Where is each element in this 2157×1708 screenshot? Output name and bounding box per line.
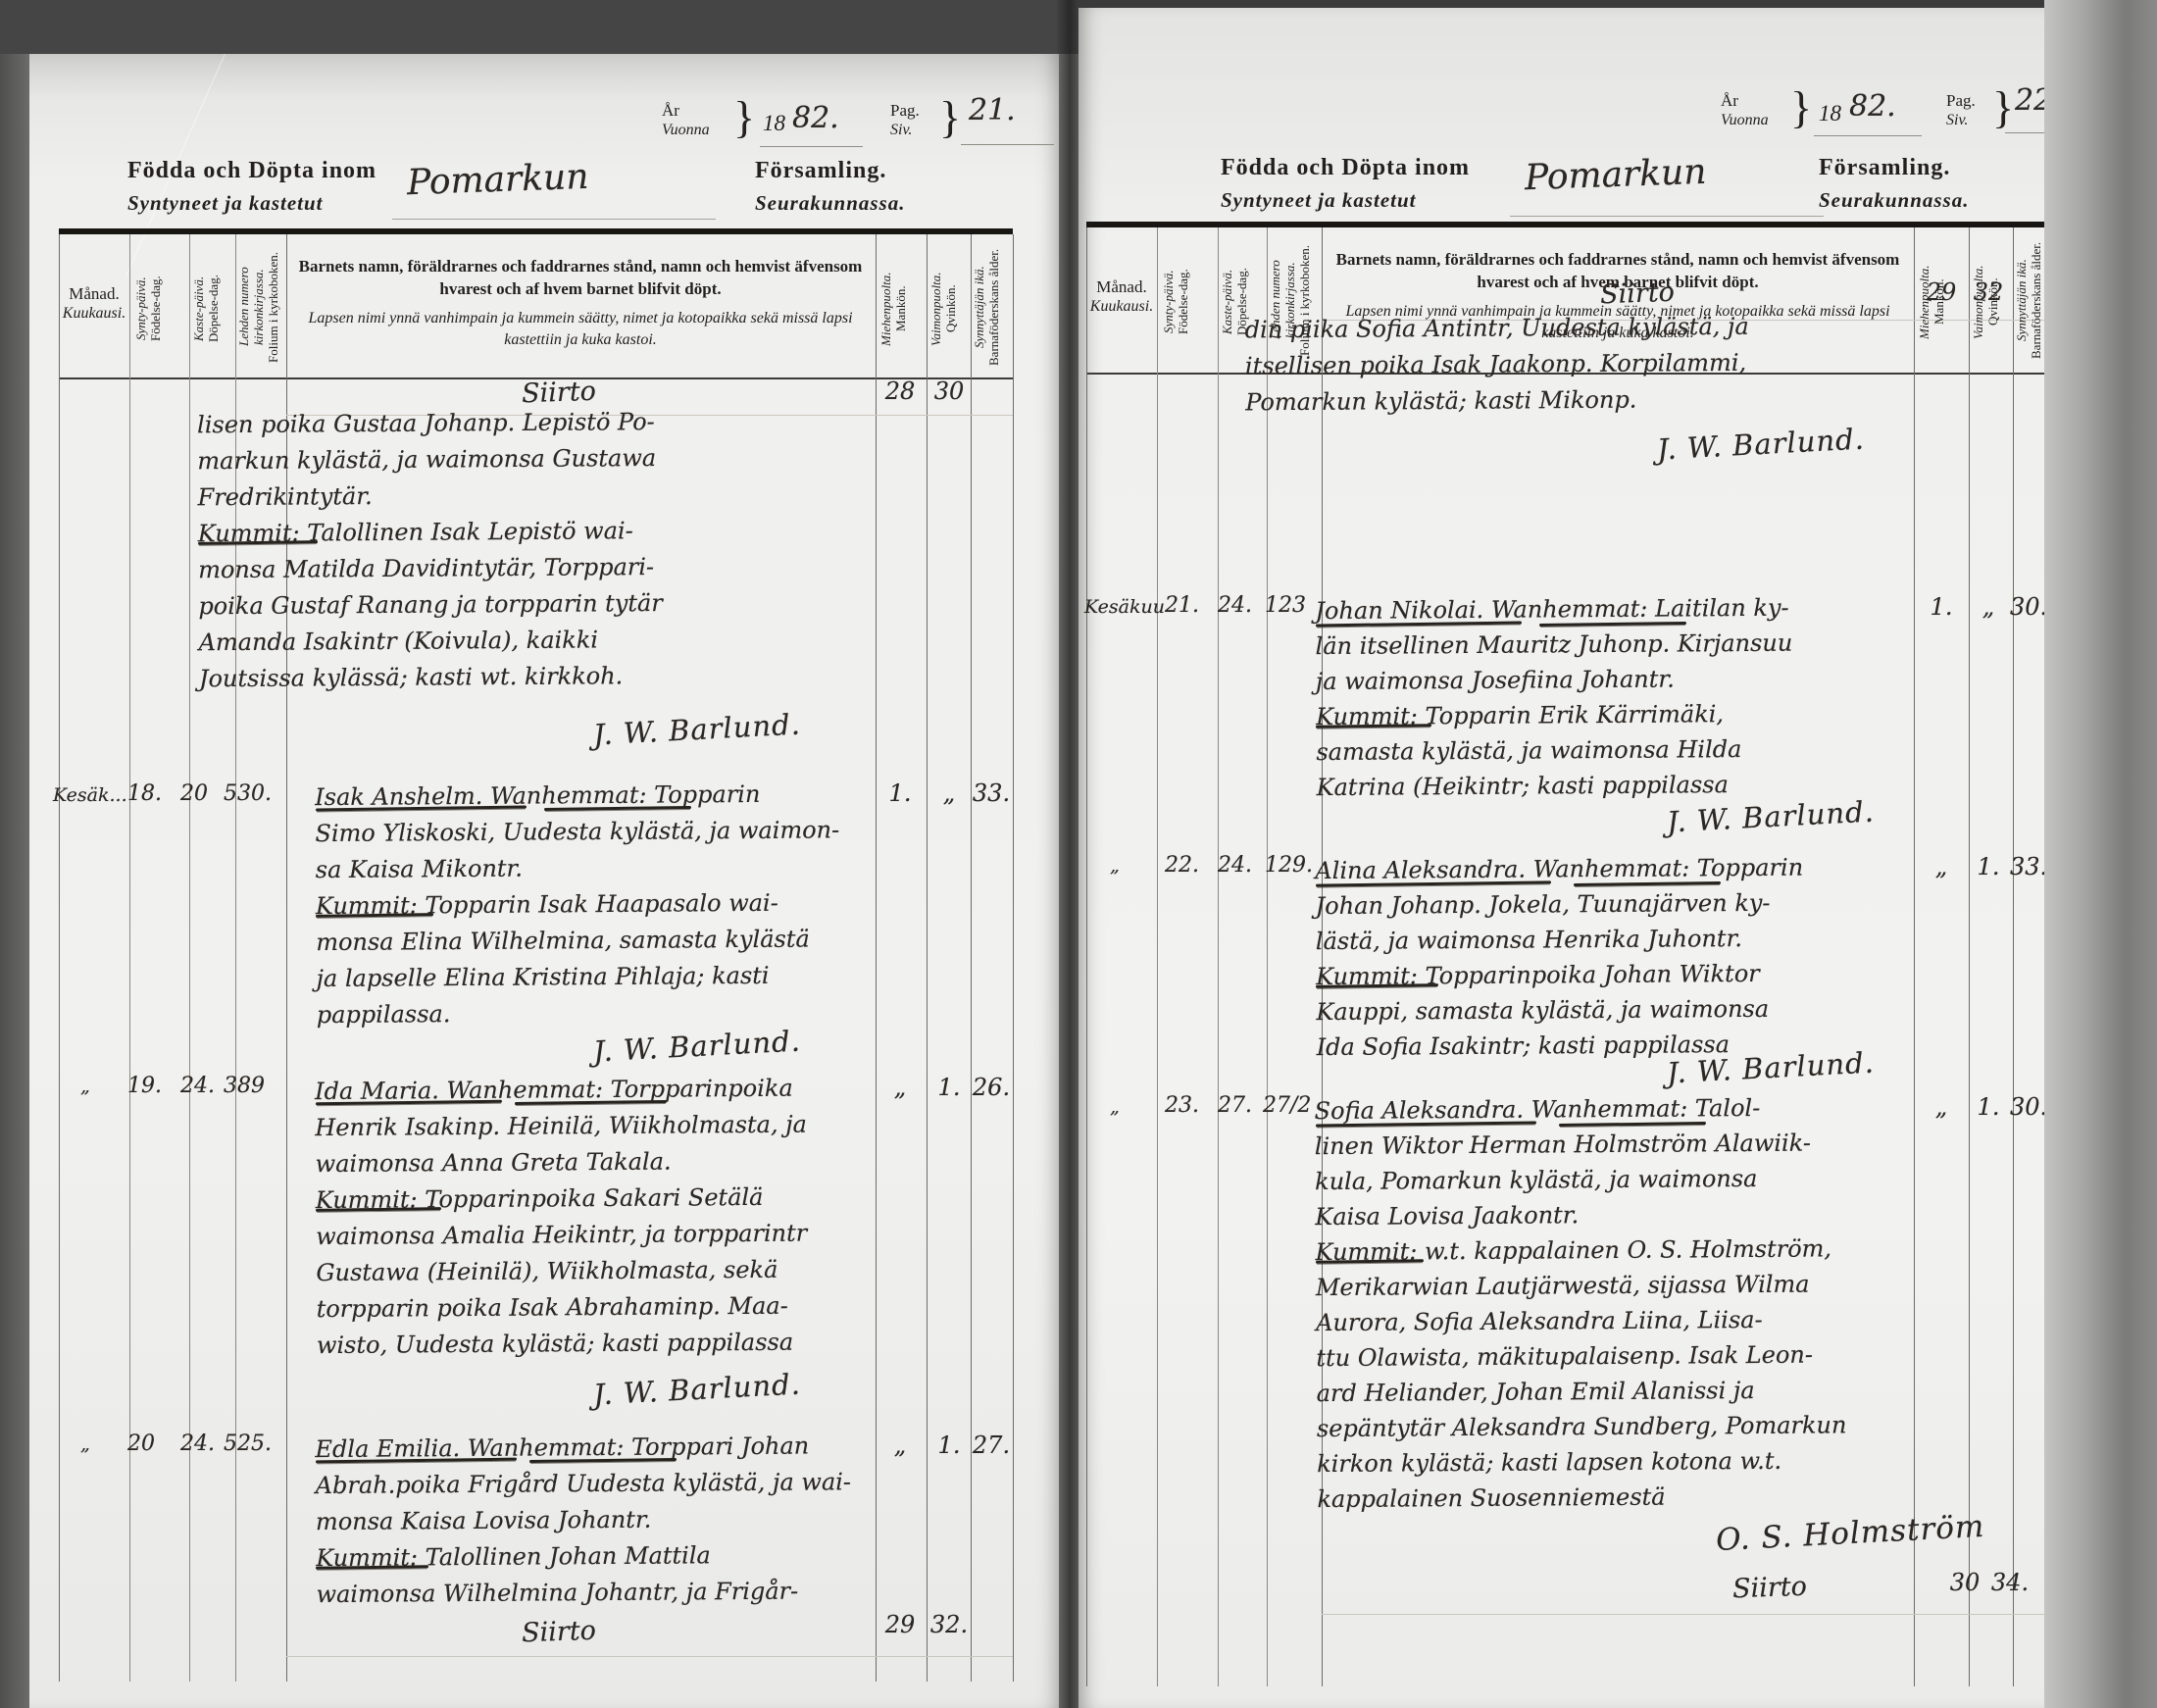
page-gutter-shadow bbox=[1057, 0, 1080, 1708]
entry-female-count: 1. bbox=[928, 1432, 971, 1459]
register-page-left: År Vuonna } 18 82. Pag. Siv. } 21. Födda… bbox=[29, 54, 1059, 1708]
entry-birth-day: 21. bbox=[1165, 593, 1199, 618]
officiant-signature: J. W. Barlund. bbox=[592, 1367, 801, 1411]
page-no-label: Pag. Siv. bbox=[890, 101, 920, 140]
register-title-right-sv: Församling. bbox=[755, 158, 886, 184]
entry-female-count: „ bbox=[1967, 593, 2010, 621]
column-header-month: Månad. Kuukausi. bbox=[59, 284, 129, 324]
entry-birth-day: 18. bbox=[127, 781, 162, 806]
column-line bbox=[971, 234, 972, 1682]
column-header-age-sv: Barnaföderskans ålder. bbox=[2029, 231, 2043, 369]
column-line bbox=[1086, 227, 1087, 1686]
year-printed: 18 bbox=[763, 111, 785, 136]
scanner-right-strip bbox=[2044, 0, 2157, 1708]
column-header-birth-sv: Födelse-dag. bbox=[1176, 233, 1190, 371]
entry-female-count: 1. bbox=[1967, 853, 2010, 880]
parish-name: Pomarkun bbox=[406, 157, 589, 203]
carried-forward-label: Siirto bbox=[1564, 276, 1712, 311]
column-header-birth-fi: Synty-päivä. bbox=[1161, 233, 1176, 371]
column-header-baptism-sv: Döpelse-dag. bbox=[206, 240, 221, 377]
table-top-rule bbox=[59, 228, 1013, 234]
entry-folio: 27/2 bbox=[1263, 1093, 1311, 1118]
entry-male-count: „ bbox=[1918, 853, 1965, 880]
entry-month: „ bbox=[80, 1076, 90, 1097]
scanner-top-band bbox=[0, 0, 1078, 54]
year-printed: 18 bbox=[1819, 101, 1841, 126]
column-line bbox=[927, 234, 928, 1682]
column-header-main: Barnets namn, föräldrarnes och faddrarne… bbox=[296, 255, 865, 351]
column-header-female-sv: Qvinkön. bbox=[943, 240, 958, 377]
entry-text: Alina Aleksandra. Wanhemmat: Topparin Jo… bbox=[1315, 849, 1904, 1065]
entry-baptism-day: 24. bbox=[180, 1432, 215, 1456]
entry-month: „ bbox=[80, 1433, 90, 1455]
entry-folio: 389 bbox=[224, 1074, 265, 1098]
year-label-fi: Vuonna bbox=[662, 121, 710, 140]
column-line bbox=[2013, 227, 2014, 1686]
column-header-mother-age: Synnyttäjän ikä. Barnaföderskans ålder. bbox=[2014, 231, 2044, 369]
column-header-folio-fi: Lehden numero kirkonkirjassa. bbox=[236, 238, 266, 376]
page-no-brace: } bbox=[1992, 81, 2014, 133]
entry-male-count: „ bbox=[878, 1432, 922, 1459]
entry-month: Kesäkuu bbox=[1084, 596, 1165, 618]
scanner-top-edge bbox=[1078, 0, 2157, 8]
entry-birth-day: 19. bbox=[127, 1074, 162, 1098]
page-no-label-sv: Pag. bbox=[890, 101, 920, 120]
carried-to-next-female: 34. bbox=[1988, 1569, 2032, 1596]
year-label-sv: År bbox=[662, 101, 679, 120]
carried-forward-male: 29 bbox=[1918, 278, 1965, 306]
entry-month: „ bbox=[1110, 855, 1120, 877]
year-brace: } bbox=[1790, 81, 1812, 133]
column-header-baptism-day: Kaste-päivä. Döpelse-dag. bbox=[191, 240, 234, 377]
year-label-sv: År bbox=[1721, 91, 1738, 110]
register-page-right: År Vuonna } 18 82. Pag. Siv. } 22. Födda… bbox=[1078, 8, 2044, 1708]
parish-rule bbox=[392, 219, 716, 220]
column-header-month-fi: Kuukausi. bbox=[59, 304, 129, 324]
column-header-male: Miehenpuolta. Mankön. bbox=[878, 240, 924, 377]
page-no-brace: } bbox=[939, 91, 961, 143]
entry-male-count: 1. bbox=[1918, 593, 1965, 621]
column-header-folio: Lehden numero kirkonkirjassa. Folium i k… bbox=[236, 238, 285, 376]
column-header-mother-age: Synnyttäjän ikä. Barnaföderskans ålder. bbox=[972, 238, 1013, 376]
page-no-label: Pag. Siv. bbox=[1946, 91, 1976, 130]
entry-mother-age: 30. bbox=[2010, 1093, 2044, 1121]
carried-forward-female: 32 bbox=[1967, 278, 2010, 306]
carried-to-next-male: 29 bbox=[878, 1611, 922, 1638]
entry-baptism-day: 24. bbox=[1218, 853, 1252, 878]
carried-to-next-label: Siirto bbox=[1696, 1570, 1844, 1605]
entry-folio: 129. bbox=[1265, 853, 1313, 878]
column-header-male-fi: Miehenpuolta. bbox=[878, 240, 893, 377]
column-header-baptism-fi: Kaste-päivä. bbox=[191, 240, 206, 377]
column-line bbox=[1267, 227, 1268, 1686]
entry-folio: 525. bbox=[224, 1432, 272, 1456]
page-number: 22. bbox=[2015, 83, 2044, 118]
column-header-folio-sv: Folium i kyrkoboken. bbox=[266, 238, 280, 376]
column-header-month-sv: Månad. bbox=[1096, 277, 1146, 296]
column-header-main-sv: Barnets namn, föräldrarnes och faddrarne… bbox=[296, 255, 865, 300]
entry-folio: 530. bbox=[224, 781, 272, 806]
entry-mother-age: 33. bbox=[972, 779, 1011, 807]
column-header-female-fi: Vaimonpuolta. bbox=[928, 240, 943, 377]
entry-month: Kesäk... bbox=[53, 784, 127, 806]
entry-mother-age: 30. bbox=[2010, 593, 2044, 621]
carried-forward-male: 28 bbox=[878, 377, 922, 405]
entry-birth-day: 22. bbox=[1165, 853, 1199, 878]
parish-rule bbox=[1510, 216, 1824, 217]
year-brace: } bbox=[733, 91, 755, 143]
column-line bbox=[189, 234, 190, 1682]
register-title-sv: Födda och Döpta inom bbox=[127, 158, 376, 184]
entry-female-count: 1. bbox=[928, 1074, 971, 1101]
entry-continuation-text: din piika Sofia Antintr, Uudesta kylästä… bbox=[1245, 308, 1913, 422]
column-header-baptism-fi: Kaste-päivä. bbox=[1220, 233, 1234, 371]
year-handwritten: 82. bbox=[792, 101, 839, 135]
entry-baptism-day: 24. bbox=[1218, 593, 1252, 618]
column-line bbox=[1969, 227, 1970, 1686]
entry-text: Johan Nikolai. Wanhemmat: Laitilan ky- l… bbox=[1315, 589, 1904, 805]
officiant-signature: J. W. Barlund. bbox=[592, 707, 801, 751]
entry-birth-day: 20 bbox=[127, 1432, 155, 1456]
entry-folio: 123 bbox=[1265, 593, 1306, 618]
register-title-fi: Syntyneet ja kastetut bbox=[1221, 188, 1417, 213]
column-line bbox=[1013, 234, 1014, 1682]
carried-to-next-male: 30 bbox=[1941, 1569, 1988, 1596]
page-no-rule bbox=[2005, 132, 2044, 133]
column-header-month: Månad. Kuukausi. bbox=[1086, 277, 1157, 317]
parish-name: Pomarkun bbox=[1524, 152, 1707, 198]
year-rule bbox=[1814, 135, 1922, 136]
entry-female-count: „ bbox=[928, 779, 971, 807]
column-header-age-fi: Synnyttäjän ikä. bbox=[2014, 231, 2029, 369]
register-title-right-fi: Seurakunnassa. bbox=[1819, 188, 1969, 213]
scanned-register-spread: { "header": { "year_sv": "År", "year_fi"… bbox=[0, 0, 2157, 1708]
entry-continuation-text: lisen poika Gustaa Johanp. Lepistö Po- m… bbox=[197, 403, 846, 698]
officiant-signature: J. W. Barlund. bbox=[1656, 422, 1865, 466]
column-header-month-sv: Månad. bbox=[69, 284, 119, 303]
scanner-left-band bbox=[0, 54, 29, 1708]
entry-text: Isak Anshelm. Wanhemmat: Topparin Simo Y… bbox=[315, 776, 905, 1033]
officiant-signature: O. S. Holmström bbox=[1715, 1509, 1985, 1558]
column-header-male-sv: Mankön. bbox=[893, 240, 908, 377]
column-header-birth-day: Synty-päivä. Födelse-dag. bbox=[133, 240, 186, 377]
register-title-fi: Syntyneet ja kastetut bbox=[127, 191, 324, 216]
entry-male-count: 1. bbox=[878, 779, 922, 807]
column-line bbox=[129, 234, 130, 1682]
page-no-label-fi: Siv. bbox=[890, 121, 920, 140]
entry-month: „ bbox=[1110, 1096, 1120, 1118]
column-header-month-fi: Kuukausi. bbox=[1086, 297, 1157, 317]
ledger-line bbox=[286, 1656, 1013, 1657]
column-header-age-fi: Synnyttäjän ikä. bbox=[972, 238, 986, 376]
ledger-line bbox=[1322, 1614, 2044, 1615]
column-header-birth-sv: Födelse-dag. bbox=[148, 240, 163, 377]
entry-mother-age: 33. bbox=[2010, 853, 2044, 880]
entry-baptism-day: 24. bbox=[180, 1074, 215, 1098]
register-title-right-fi: Seurakunnassa. bbox=[755, 191, 905, 216]
page-no-label-sv: Pag. bbox=[1946, 91, 1976, 110]
entry-text: Ida Maria. Wanhemmat: Torpparinpoika Hen… bbox=[315, 1070, 905, 1364]
year-rule bbox=[760, 146, 863, 147]
column-line bbox=[1157, 227, 1158, 1686]
carried-to-next-female: 32. bbox=[928, 1611, 971, 1638]
column-header-birth-fi: Synty-päivä. bbox=[133, 240, 148, 377]
page-no-label-fi: Siv. bbox=[1946, 111, 1976, 130]
entry-text: Edla Emilia. Wanhemmat: Torppari Johan A… bbox=[315, 1428, 904, 1613]
column-line bbox=[59, 234, 60, 1682]
year-label-fi: Vuonna bbox=[1721, 111, 1769, 130]
carried-to-next-label: Siirto bbox=[485, 1614, 633, 1649]
table-top-rule bbox=[1086, 222, 2044, 227]
entry-baptism-day: 27. bbox=[1218, 1093, 1252, 1118]
carried-forward-female: 30 bbox=[928, 377, 971, 405]
register-title-sv: Födda och Döpta inom bbox=[1221, 155, 1470, 181]
entry-mother-age: 26. bbox=[972, 1074, 1011, 1101]
entry-male-count: „ bbox=[1918, 1093, 1965, 1121]
year-handwritten: 82. bbox=[1849, 89, 1896, 124]
entry-male-count: „ bbox=[878, 1074, 922, 1101]
entry-text: Sofia Aleksandra. Wanhemmat: Talol- line… bbox=[1314, 1089, 1915, 1517]
entry-birth-day: 23. bbox=[1165, 1093, 1199, 1118]
page-no-rule bbox=[961, 144, 1054, 145]
entry-baptism-day: 20 bbox=[180, 781, 208, 806]
year-label: År Vuonna bbox=[662, 101, 710, 140]
year-label: År Vuonna bbox=[1721, 91, 1769, 130]
column-header-female: Vaimonpuolta. Qvinkön. bbox=[928, 240, 970, 377]
column-header-main-fi: Lapsen nimi ynnä vanhimpain ja kummein s… bbox=[296, 308, 865, 351]
entry-female-count: 1. bbox=[1967, 1093, 2010, 1121]
register-title-right-sv: Församling. bbox=[1819, 155, 1950, 181]
column-header-age-sv: Barnaföderskans ålder. bbox=[986, 238, 1001, 376]
column-line bbox=[1218, 227, 1219, 1686]
page-number: 21. bbox=[969, 93, 1016, 127]
column-header-birth-day: Synty-päivä. Födelse-dag. bbox=[1161, 233, 1214, 371]
entry-mother-age: 27. bbox=[972, 1432, 1011, 1459]
